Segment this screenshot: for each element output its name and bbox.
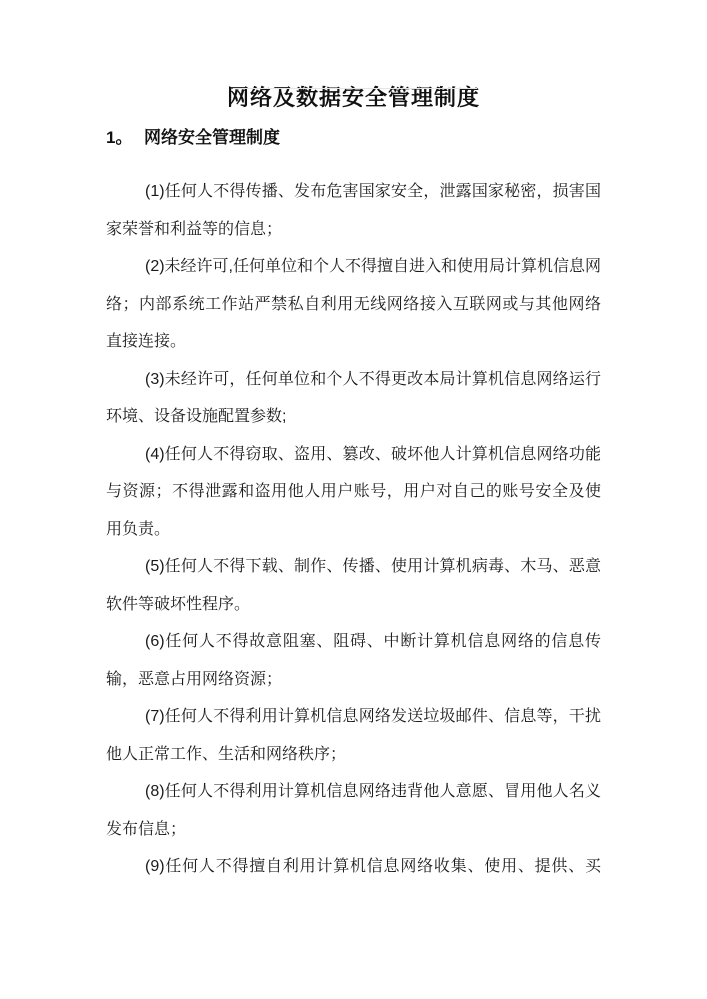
body-paragraph: (4)任何人不得窃取、盗用、篡改、破坏他人计算机信息网络功能与资源；不得泄露和盗…	[106, 436, 601, 549]
body-paragraph: (8)任何人不得利用计算机信息网络违背他人意愿、冒用他人名义发布信息；	[106, 773, 601, 848]
section-title: 网络安全管理制度	[144, 128, 280, 147]
body-paragraph: (9)任何人不得擅自利用计算机信息网络收集、使用、提供、买	[106, 848, 601, 886]
body-paragraph: (5)任何人不得下载、制作、传播、使用计算机病毒、木马、恶意软件等破坏性程序。	[106, 548, 601, 623]
title-artifact-line	[233, 88, 477, 89]
section-heading: 1。网络安全管理制度	[106, 125, 601, 151]
body-paragraph: (2)未经许可,任何单位和个人不得擅自进入和使用局计算机信息网络；内部系统工作站…	[106, 248, 601, 361]
section-number: 1。	[106, 125, 144, 151]
document-body: (1)任何人不得传播、发布危害国家安全，泄露国家秘密，损害国家荣誉和利益等的信息…	[106, 173, 601, 886]
body-paragraph: (1)任何人不得传播、发布危害国家安全，泄露国家秘密，损害国家荣誉和利益等的信息…	[106, 173, 601, 248]
document-title: 网络及数据安全管理制度	[0, 0, 707, 113]
document-page: 网络及数据安全管理制度 1。网络安全管理制度 (1)任何人不得传播、发布危害国家…	[0, 0, 707, 999]
body-paragraph: (7)任何人不得利用计算机信息网络发送垃圾邮件、信息等，干扰他人正常工作、生活和…	[106, 698, 601, 773]
body-paragraph: (6)任何人不得故意阻塞、阻碍、中断计算机信息网络的信息传输，恶意占用网络资源；	[106, 623, 601, 698]
body-paragraph: (3)未经许可，任何单位和个人不得更改本局计算机信息网络运行环境、设备设施配置参…	[106, 361, 601, 436]
